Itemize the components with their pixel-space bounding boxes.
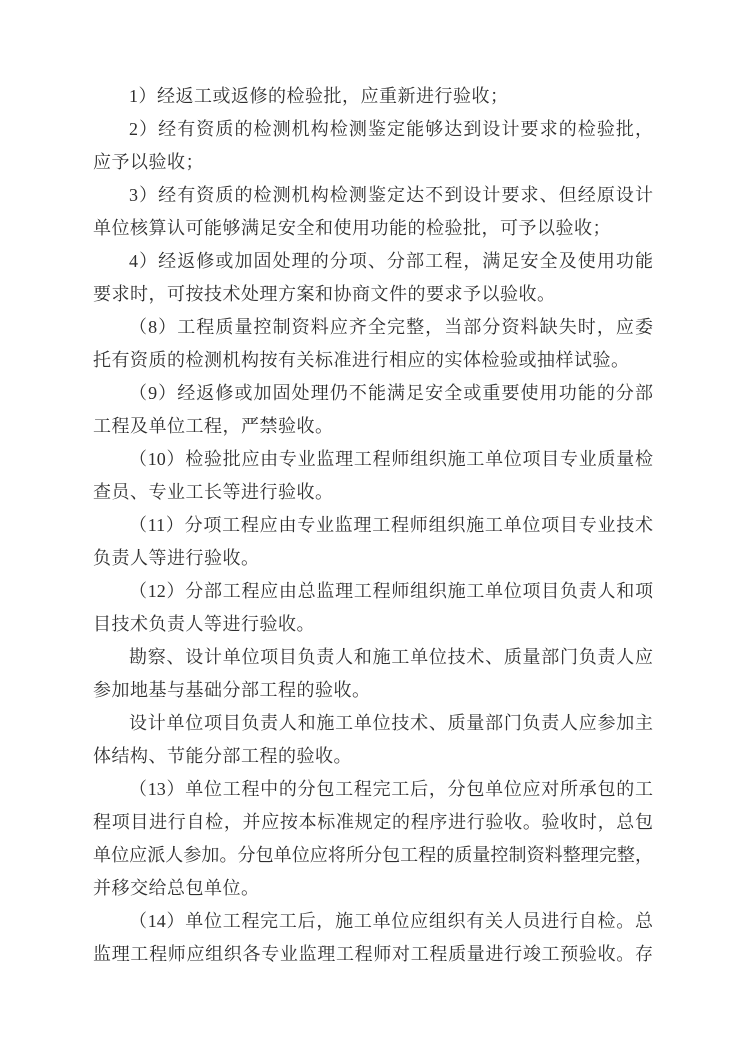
text-line: 勘察、设计单位项目负责人和施工单位技术、质量部门负责人应 — [93, 641, 653, 674]
text-line: （14）单位工程完工后，施工单位应组织有关人员进行自检。总 — [93, 905, 653, 938]
text-line: 监理工程师应组织各专业监理工程师对工程质量进行竣工预验收。存 — [93, 938, 653, 971]
text-line: 负责人等进行验收。 — [93, 542, 653, 575]
text-line: 2）经有资质的检测机构检测鉴定能够达到设计要求的检验批， — [93, 113, 653, 146]
text-line: 并移交给总包单位。 — [93, 872, 653, 905]
document-page: 1）经返工或返修的检验批，应重新进行验收；2）经有资质的检测机构检测鉴定能够达到… — [0, 0, 744, 1052]
text-line: 单位应派人参加。分包单位应将所分包工程的质量控制资料整理完整， — [93, 839, 653, 872]
text-line: 参加地基与基础分部工程的验收。 — [93, 674, 653, 707]
text-line: （8）工程质量控制资料应齐全完整，当部分资料缺失时，应委 — [93, 311, 653, 344]
text-line: 工程及单位工程，严禁验收。 — [93, 410, 653, 443]
text-line: （12）分部工程应由总监理工程师组织施工单位项目负责人和项 — [93, 575, 653, 608]
text-line: （10）检验批应由专业监理工程师组织施工单位项目专业质量检 — [93, 443, 653, 476]
text-line: 程项目进行自检，并应按本标准规定的程序进行验收。验收时，总包 — [93, 806, 653, 839]
text-line: 要求时，可按技术处理方案和协商文件的要求予以验收。 — [93, 278, 653, 311]
text-line: 单位核算认可能够满足安全和使用功能的检验批，可予以验收； — [93, 212, 653, 245]
text-line: 体结构、节能分部工程的验收。 — [93, 740, 653, 773]
text-line: 3）经有资质的检测机构检测鉴定达不到设计要求、但经原设计 — [93, 179, 653, 212]
text-line: 4）经返修或加固处理的分项、分部工程，满足安全及使用功能 — [93, 245, 653, 278]
text-line: 设计单位项目负责人和施工单位技术、质量部门负责人应参加主 — [93, 707, 653, 740]
text-line: 应予以验收； — [93, 146, 653, 179]
text-line: 1）经返工或返修的检验批，应重新进行验收； — [93, 80, 653, 113]
text-line: 目技术负责人等进行验收。 — [93, 608, 653, 641]
text-line: （9）经返修或加固处理仍不能满足安全或重要使用功能的分部 — [93, 377, 653, 410]
text-block: 1）经返工或返修的检验批，应重新进行验收；2）经有资质的检测机构检测鉴定能够达到… — [93, 80, 653, 971]
text-line: （13）单位工程中的分包工程完工后，分包单位应对所承包的工 — [93, 773, 653, 806]
text-line: 托有资质的检测机构按有关标准进行相应的实体检验或抽样试验。 — [93, 344, 653, 377]
text-line: 查员、专业工长等进行验收。 — [93, 476, 653, 509]
text-line: （11）分项工程应由专业监理工程师组织施工单位项目专业技术 — [93, 509, 653, 542]
